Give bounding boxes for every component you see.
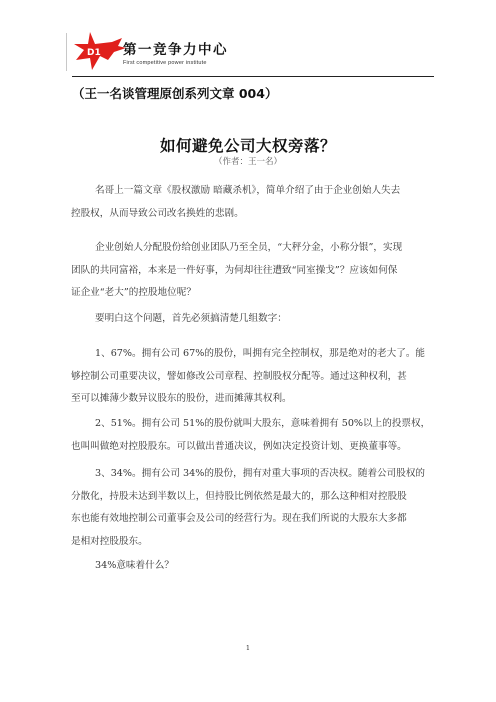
paragraph-line: 是相对控股股东。 [71, 531, 433, 554]
article-title: 如何避免公司大权旁落？ [0, 134, 496, 156]
paragraph-line: 34%意味着什么？ [95, 555, 433, 578]
paragraph-67-percent: 1、67%。拥有公司 67%的股份，叫拥有完全控制权，那是绝对的老大了。能 够控… [95, 343, 433, 411]
logo-name-cn: 第一竞争力中心 [123, 38, 228, 58]
paragraph-line: 名哥上一篇文章《股权激励 暗藏杀机》，简单介绍了由于企业创始人失去 [95, 180, 433, 203]
paragraph-line: 也叫叫做绝对控股股东。可以做出普通决议，例如决定投资计划、更换董事等。 [71, 436, 433, 459]
header-rule [72, 76, 434, 77]
paragraph-line: 2、51%。拥有公司 51%的股份就叫大股东，意味着拥有 50%以上的投票权， [95, 413, 433, 436]
paragraph-line: 控股权，从而导致公司改名换姓的悲剧。 [71, 203, 433, 226]
logo: D1 第一竞争力中心 First competitive power insti… [66, 30, 266, 72]
logo-divider [66, 33, 67, 71]
paragraph-51-percent: 2、51%。拥有公司 51%的股份就叫大股东，意味着拥有 50%以上的投票权， … [95, 413, 433, 458]
logo-badge-text: D1 [87, 48, 101, 58]
paragraph-line: 团队的共同富裕，本来是一件好事，为何却往往遭致“同室操戈”？应该如何保 [71, 260, 433, 283]
paragraph-34-percent: 3、34%。拥有公司 34%的股份，拥有对重大事项的否决权。随着公司股权的 分散… [95, 463, 433, 553]
paragraph-line: 企业创始人分配股份给创业团队乃至全员，“大秤分金，小称分银”，实现 [95, 237, 433, 260]
paragraph-line: 够控制公司重要决议，譬如修改公司章程、控制股权分配等。通过这种权利，甚 [71, 366, 433, 389]
paragraph-intro: 名哥上一篇文章《股权激励 暗藏杀机》，简单介绍了由于企业创始人失去 控股权，从而… [95, 180, 433, 225]
paragraph-line: 1、67%。拥有公司 67%的股份，叫拥有完全控制权，那是绝对的老大了。能 [95, 343, 433, 366]
paragraph-line: 证企业“老大”的控股地位呢？ [71, 282, 433, 305]
paragraph-line: 3、34%。拥有公司 34%的股份，拥有对重大事项的否决权。随着公司股权的 [95, 463, 433, 486]
paragraph-line: 要明白这个问题，首先必须搞清楚几组数字： [95, 308, 433, 331]
paragraph-34-question: 34%意味着什么？ [95, 555, 433, 578]
paragraph-line: 至可以摊薄少数异议股东的股份，进而摊薄其权利。 [71, 388, 433, 411]
page-number: 1 [0, 644, 496, 652]
paragraph-numbers-intro: 要明白这个问题，首先必须搞清楚几组数字： [95, 308, 433, 331]
red-star-logo-icon: D1 [70, 30, 128, 72]
paragraph-line: 分散化，持股未达到半数以上，但持股比例依然是最大的，那么这种相对控股股 [71, 486, 433, 509]
logo-name-en: First competitive power institute [123, 60, 207, 66]
paragraph-question: 企业创始人分配股份给创业团队乃至全员，“大秤分金，小称分银”，实现 团队的共同富… [95, 237, 433, 305]
article-author: （作者：王一名） [0, 155, 496, 167]
series-label: （王一名谈管理原创系列文章 004） [72, 84, 277, 102]
paragraph-line: 东也能有效地控制公司董事会及公司的经营行为。现在我们所说的大股东大多都 [71, 508, 433, 531]
